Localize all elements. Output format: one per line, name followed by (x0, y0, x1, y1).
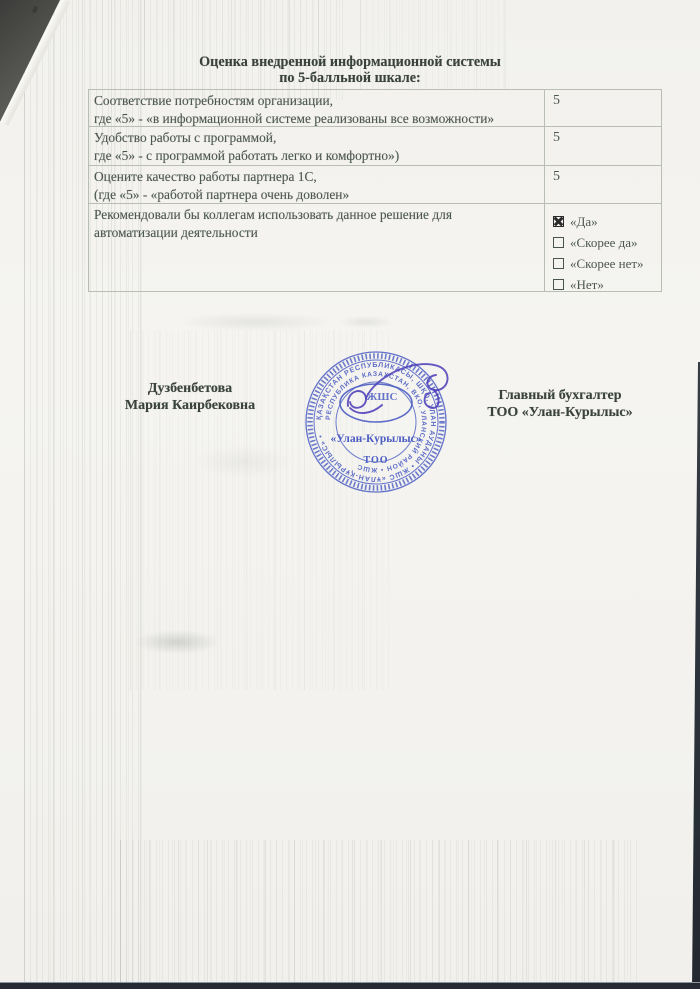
scanned-document-page: Оценка внедренной информационной системы… (0, 0, 700, 989)
question-subtext: где «5» - с программой работать легко и … (94, 147, 538, 165)
option-row: «Скорее да» (553, 232, 661, 253)
table-row: Рекомендовали бы коллегам использовать д… (89, 203, 661, 291)
score-cell: 5 (544, 90, 661, 126)
option-label: «Скорее да» (570, 232, 638, 253)
checkbox-icon (553, 237, 564, 248)
checkbox-icon (553, 216, 564, 227)
recommend-options-cell: «Да» «Скорее да» «Скорее нет» «Нет» (544, 204, 661, 291)
checkbox-icon (553, 279, 564, 290)
stamp-center-suffix: ТОО (363, 455, 388, 466)
option-label: «Скорее нет» (570, 253, 644, 274)
document-title: Оценка внедренной информационной системы… (0, 55, 700, 86)
option-row: «Скорее нет» (553, 253, 661, 274)
checkbox-icon (553, 258, 564, 269)
signatory-role: Главный бухгалтер ТОО «Улан-Курылыс» (463, 387, 657, 421)
score-cell: 5 (544, 127, 661, 165)
question-text: Удобство работы с программой, (94, 129, 538, 147)
scan-edge-bottom (0, 982, 700, 989)
option-row: «Да» (553, 211, 661, 232)
signatory-name-line2: Мария Каирбековна (108, 397, 272, 414)
title-line-2: по 5-балльной шкале: (0, 71, 700, 87)
question-cell: Оцените качество работы партнера 1С, (гд… (89, 166, 544, 203)
signatory-name: Дузбенбетова Мария Каирбековна (108, 380, 272, 414)
signatory-role-line1: Главный бухгалтер (463, 387, 657, 404)
scan-smudge (330, 314, 402, 330)
signatory-role-line2: ТОО «Улан-Курылыс» (463, 404, 657, 421)
scan-streaks (120, 840, 640, 986)
question-subtext: автоматизации деятельности (94, 224, 538, 242)
option-label: «Нет» (570, 274, 604, 295)
table-row: Соответствие потребностям организации, г… (89, 90, 661, 126)
option-row: «Нет» (553, 274, 661, 295)
company-stamp: ҚАЗАҚСТАН РЕСПУБЛИКАСЫ, ШҚО, УЛАН АУДАНЫ… (296, 342, 460, 506)
question-text: Рекомендовали бы коллегам использовать д… (94, 206, 538, 224)
score-value: 5 (553, 93, 560, 108)
scan-smudge (150, 310, 360, 334)
table-row: Оцените качество работы партнера 1С, (гд… (89, 165, 661, 203)
table-row: Удобство работы с программой, где «5» - … (89, 126, 661, 165)
score-value: 5 (553, 130, 560, 145)
score-value: 5 (553, 169, 560, 184)
question-cell: Соответствие потребностям организации, г… (89, 90, 544, 126)
survey-table: Соответствие потребностям организации, г… (88, 89, 662, 292)
stamp-oval-text: ЖШС (367, 391, 398, 403)
scan-smudge (120, 626, 235, 658)
question-text: Оцените качество работы партнера 1С, (94, 168, 538, 186)
title-line-1: Оценка внедренной информационной системы (0, 55, 700, 71)
question-subtext: (где «5» - «работой партнера очень довол… (94, 186, 538, 204)
scan-edge-right (692, 362, 700, 989)
question-text: Соответствие потребностям организации, (94, 92, 538, 110)
option-label: «Да» (570, 211, 598, 232)
score-cell: 5 (544, 166, 661, 203)
question-cell: Рекомендовали бы коллегам использовать д… (89, 204, 544, 291)
stamp-center-name: «Улан-Курылыс» (330, 433, 421, 445)
question-cell: Удобство работы с программой, где «5» - … (89, 127, 544, 165)
question-subtext: где «5» - «в информационной системе реал… (94, 110, 538, 128)
signatory-name-line1: Дузбенбетова (108, 380, 272, 397)
scan-smudge (178, 440, 308, 484)
